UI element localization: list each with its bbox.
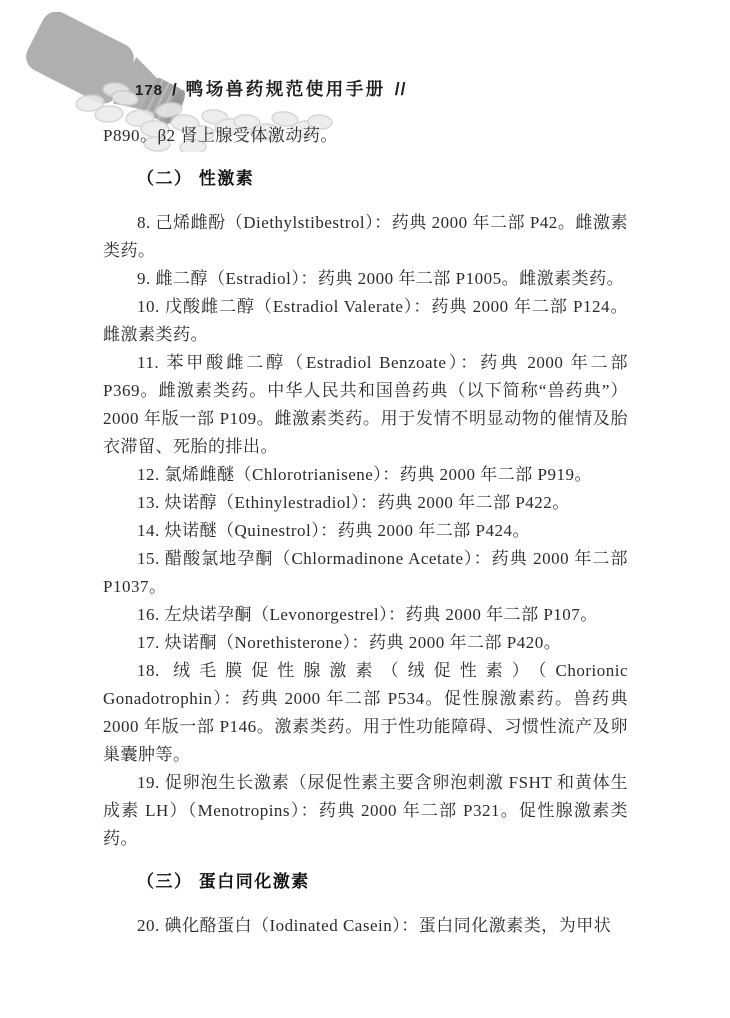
page-body: P890。β2 肾上腺受体激动药。（二） 性激素8. 己烯雌酚（Diethyls… xyxy=(103,122,628,940)
item-17: 17. 炔诺酮（Norethisterone）：药典 2000 年二部 P420… xyxy=(103,629,628,657)
paragraph-continuation: P890。β2 肾上腺受体激动药。 xyxy=(103,122,628,150)
item-16: 16. 左炔诺孕酮（Levonorgestrel）：药典 2000 年二部 P1… xyxy=(103,601,628,629)
item-19: 19. 促卵泡生长激素（尿促性素主要含卵泡刺激 FSHT 和黄体生成素 LH）（… xyxy=(103,769,628,853)
item-9: 9. 雌二醇（Estradiol）：药典 2000 年二部 P1005。雌激素类… xyxy=(103,265,628,293)
item-20: 20. 碘化酪蛋白（Iodinated Casein）：蛋白同化激素类，为甲状 xyxy=(103,912,628,940)
page-number: 178 xyxy=(135,82,163,99)
item-15: 15. 醋酸氯地孕酮（Chlormadinone Acetate）：药典 200… xyxy=(103,545,628,601)
item-14: 14. 炔诺醚（Quinestrol）：药典 2000 年二部 P424。 xyxy=(103,517,628,545)
item-11: 11. 苯甲酸雌二醇（Estradiol Benzoate）：药典 2000 年… xyxy=(103,349,628,461)
heading-protein-anabolic-hormones: （三） 蛋白同化激素 xyxy=(103,868,628,896)
book-title: 鸭场兽药规范使用手册 xyxy=(186,76,386,101)
header-separator: / xyxy=(172,80,177,100)
title-suffix: // xyxy=(395,79,407,100)
book-page: 178 / 鸭场兽药规范使用手册// P890。β2 肾上腺受体激动药。（二） … xyxy=(0,0,730,1018)
page-header: 178 / 鸭场兽药规范使用手册// xyxy=(135,76,407,101)
heading-sex-hormones: （二） 性激素 xyxy=(103,165,628,193)
item-18: 18. 绒毛膜促性腺激素（绒促性素）（Chorionic Gonadotroph… xyxy=(103,657,628,769)
item-10: 10. 戊酸雌二醇（Estradiol Valerate）：药典 2000 年二… xyxy=(103,293,628,349)
item-8: 8. 己烯雌酚（Diethylstibestrol）：药典 2000 年二部 P… xyxy=(103,209,628,265)
item-13: 13. 炔诺醇（Ethinylestradiol）：药典 2000 年二部 P4… xyxy=(103,489,628,517)
item-12: 12. 氯烯雌醚（Chlorotrianisene）：药典 2000 年二部 P… xyxy=(103,461,628,489)
